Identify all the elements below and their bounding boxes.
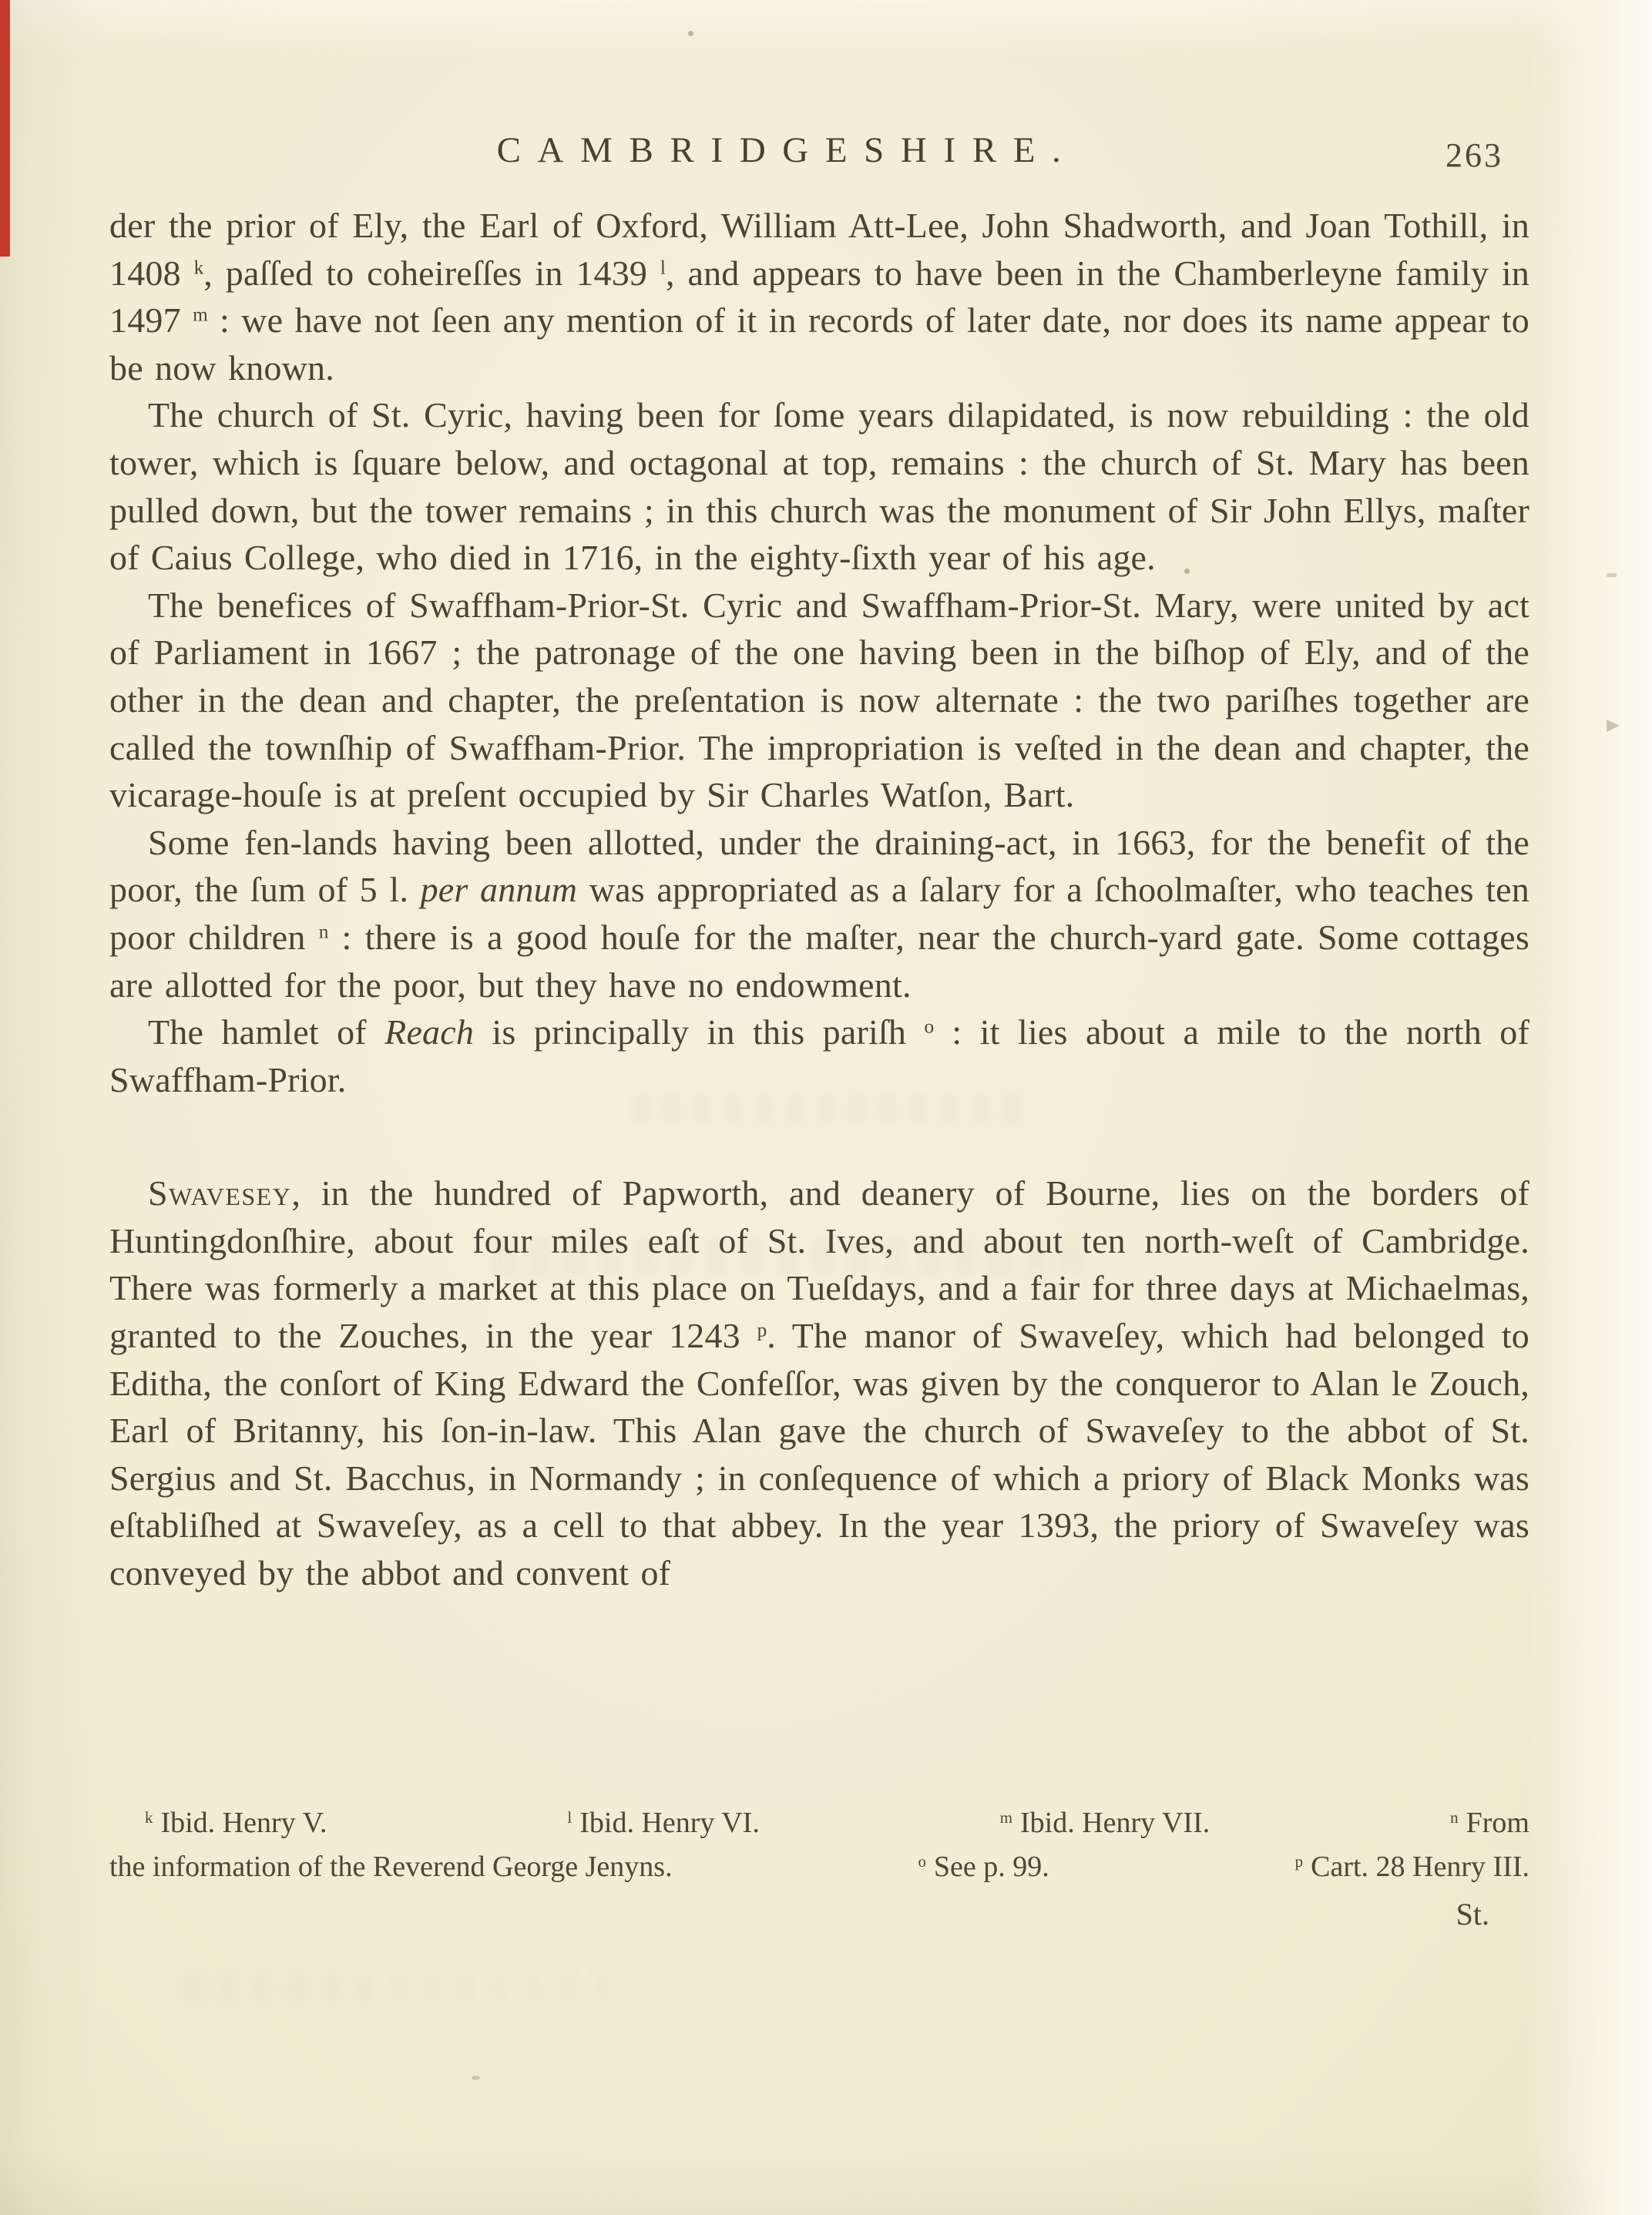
page-number: 263 (1445, 136, 1503, 175)
footnote-marker: n (1450, 1808, 1458, 1827)
running-title: CAMBRIDGESHIRE. (497, 129, 1078, 171)
footnote-text: the information of the Reverend George J… (109, 1851, 673, 1883)
speck-artifact (472, 2076, 480, 2080)
footnotes: kIbid. Henry V.lIbid. Henry VI.mIbid. He… (109, 1801, 1529, 1936)
paragraph: The church of St. Cyric, having been for… (109, 391, 1529, 581)
page-body: der the prior of Ely, the Earl of Oxford… (109, 202, 1529, 1597)
margin-chevron-artifact (1607, 720, 1620, 732)
footnote-item: lIbid. Henry VI. (567, 1801, 759, 1845)
paragraph: Swavesey, in the hundred of Papworth, an… (109, 1170, 1529, 1596)
speck-artifact (1184, 569, 1190, 574)
footnote-marker: o (918, 1852, 925, 1871)
footnote-item: oSee p. 99. (918, 1845, 1049, 1889)
footnote-marker: k (145, 1808, 153, 1827)
footnote-text: Ibid. Henry VI. (579, 1807, 760, 1839)
margin-dash-artifact (1607, 573, 1617, 577)
speck-artifact (688, 31, 693, 36)
paragraph: Some fen-lands having been allotted, und… (109, 819, 1529, 1008)
text-run: : we have not ſeen any mention of it in … (109, 300, 1529, 388)
footnote-text: Ibid. Henry V. (160, 1807, 327, 1839)
footnote-item: pCart. 28 Henry III. (1295, 1845, 1529, 1889)
text-run: The church of St. Cyric, having been for… (109, 395, 1529, 577)
footnote-item: kIbid. Henry V. (145, 1801, 327, 1845)
footnote-line-2: the information of the Reverend George J… (109, 1845, 1529, 1889)
footnote-item: the information of the Reverend George J… (109, 1845, 673, 1889)
paragraph: der the prior of Ely, the Earl of Oxford… (109, 202, 1529, 391)
footnote-marker: n (319, 921, 329, 942)
text-run: , paſſed to coheireſſes in 1439 (203, 253, 660, 293)
footnote-text: From (1466, 1807, 1529, 1839)
text-run: per annum (421, 870, 578, 909)
text-run: The benefices of Swaffham-Prior-St. Cyri… (109, 586, 1529, 814)
paragraph: The benefices of Swaffham-Prior-St. Cyri… (109, 582, 1529, 819)
ink-show-through (185, 1972, 616, 2003)
footnote-marker: p (1295, 1852, 1303, 1871)
footnote-item: mIbid. Henry VII. (1000, 1801, 1210, 1845)
text-run: Swavesey (148, 1173, 291, 1213)
footnote-text: Ibid. Henry VII. (1020, 1807, 1210, 1839)
footnote-marker: k (194, 257, 204, 278)
footnote-line-1: kIbid. Henry V.lIbid. Henry VI.mIbid. He… (109, 1801, 1529, 1845)
footnote-marker: l (567, 1808, 572, 1827)
catchword: St. (1456, 1897, 1489, 1931)
paragraph: The hamlet of Reach is principally in th… (109, 1008, 1529, 1103)
footnote-marker: l (660, 257, 666, 278)
footnote-text: See p. 99. (934, 1851, 1049, 1883)
footnote-item: nFrom (1450, 1801, 1529, 1845)
page-header: CAMBRIDGESHIRE. 263 (109, 129, 1529, 185)
footnote-marker: p (757, 1319, 767, 1341)
footnote-marker: m (1000, 1808, 1012, 1827)
catchword-row: St. (109, 1892, 1529, 1936)
text-run: The hamlet of (148, 1012, 384, 1052)
scan-red-edge-mark (0, 0, 10, 257)
footnote-marker: o (924, 1015, 934, 1037)
footnote-marker: m (193, 304, 208, 326)
text-run: Reach (384, 1012, 474, 1052)
footnote-text: Cart. 28 Henry III. (1311, 1851, 1529, 1883)
book-page: CAMBRIDGESHIRE. 263 der the prior of Ely… (0, 0, 1652, 2215)
text-run: . The manor of Swaveſey, which had belon… (109, 1316, 1529, 1592)
text-run: is principally in this pariſh (474, 1012, 924, 1052)
